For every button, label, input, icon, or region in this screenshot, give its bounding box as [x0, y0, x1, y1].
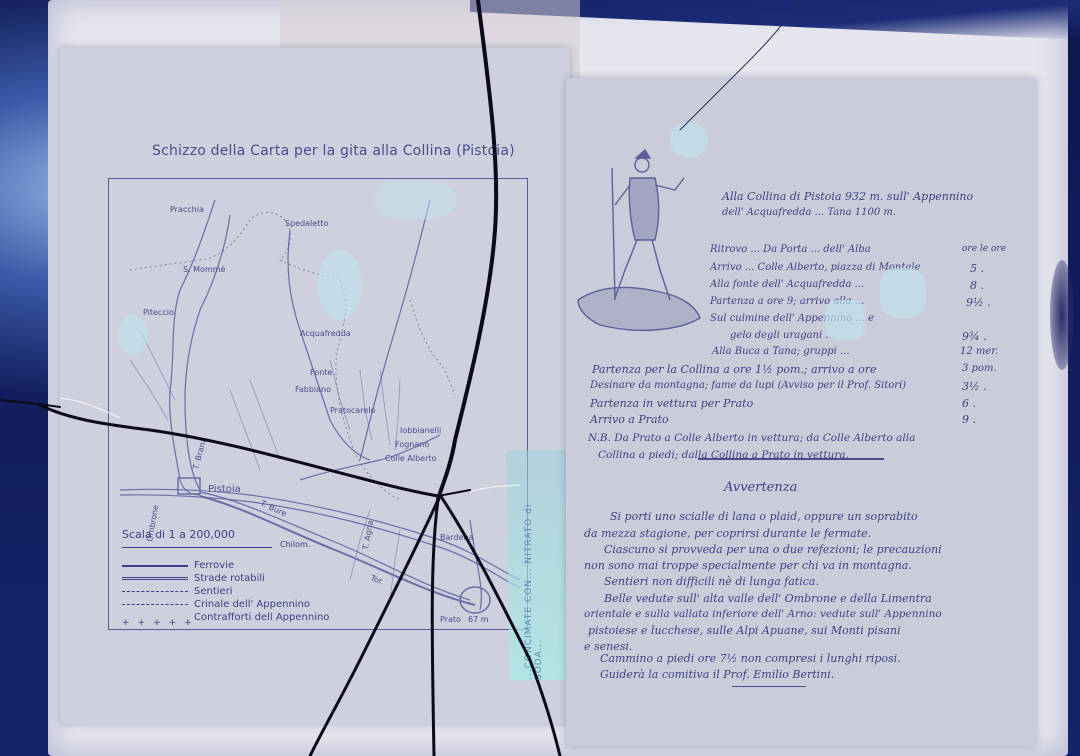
glass-cracks: [0, 0, 1080, 756]
